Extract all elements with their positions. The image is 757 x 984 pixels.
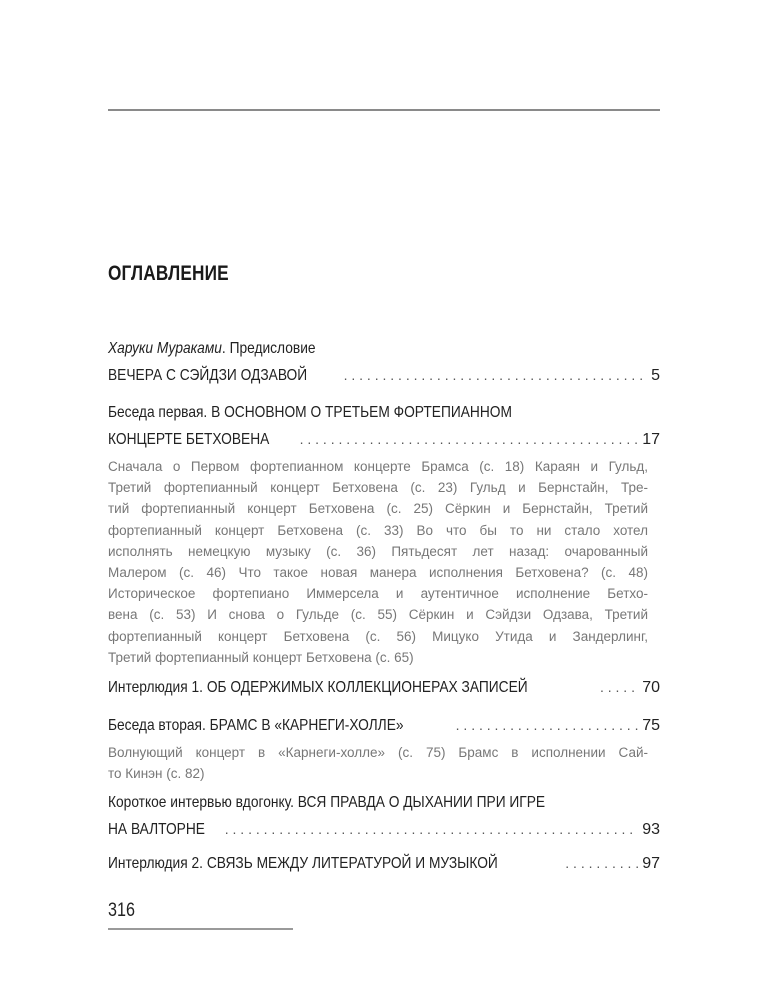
toc-entry-line: Короткое интервью вдогонку. ВСЯ ПРАВДА О… [108, 790, 660, 816]
toc-page-number: 17 [642, 427, 660, 453]
toc-entry-line: НА ВАЛТОРНЕ 93 [108, 816, 660, 842]
toc-entry-conversation-2[interactable]: Беседа вторая. БРАМС В «КАРНЕГИ-ХОЛЛЕ» 7… [108, 712, 660, 784]
toc-entry-title: ВСЯ ПРАВДА О ДЫХАНИИ ПРИ ИГРЕ [294, 794, 545, 811]
toc-leader-dots [600, 674, 638, 700]
toc-entry-title: Предисловие [230, 340, 316, 357]
toc-entry-short-interview[interactable]: Короткое интервью вдогонку. ВСЯ ПРАВДА О… [108, 790, 660, 842]
toc-entry-interlude-2[interactable]: Интерлюдия 2. СВЯЗЬ МЕЖДУ ЛИТЕРАТУРОЙ И … [108, 850, 660, 876]
toc-entry-line: Харуки Мураками. Предисловие [108, 336, 660, 362]
toc-entry-title: КОНЦЕРТЕ БЕТХОВЕНА [108, 427, 269, 453]
table-of-contents: Харуки Мураками. Предисловие ВЕЧЕРА С СЭ… [108, 336, 660, 876]
toc-page-number: 75 [642, 713, 660, 739]
toc-entry-title: . В ОСНОВНОМ О ТРЕТЬЕМ ФОРТЕПИАННОМ [203, 404, 512, 421]
toc-entry-interlude-1[interactable]: Интерлюдия 1. ОБ ОДЕРЖИМЫХ КОЛЛЕКЦИОНЕРА… [108, 674, 660, 700]
toc-leader-dots [300, 426, 639, 452]
toc-entry-description: Сначала о Первом фортепианном концерте Б… [108, 456, 648, 668]
footer-rule [108, 928, 293, 930]
toc-entry-line: Беседа вторая. БРАМС В «КАРНЕГИ-ХОЛЛЕ» 7… [108, 712, 660, 738]
toc-page-number: 5 [651, 363, 660, 389]
toc-entry-description: Волнующий концерт в «Карнеги-холле» (с. … [108, 742, 648, 784]
toc-entry-prefix: Короткое интервью вдогонку. [108, 794, 294, 811]
toc-entry-line: Интерлюдия 2. СВЯЗЬ МЕЖДУ ЛИТЕРАТУРОЙ И … [108, 850, 660, 876]
page-title: ОГЛАВЛЕНИЕ [108, 262, 229, 286]
toc-entry-title: . БРАМС В «КАРНЕГИ-ХОЛЛЕ» [202, 717, 404, 734]
toc-leader-dots [344, 362, 648, 388]
folio-page-number: 316 [108, 900, 135, 922]
toc-entry-conversation-1[interactable]: Беседа первая. В ОСНОВНОМ О ТРЕТЬЕМ ФОРТ… [108, 400, 660, 668]
toc-entry-preface[interactable]: Харуки Мураками. Предисловие ВЕЧЕРА С СЭ… [108, 336, 660, 388]
toc-entry-line: ВЕЧЕРА С СЭЙДЗИ ОДЗАВОЙ 5 [108, 362, 660, 388]
header-rule [108, 109, 660, 111]
toc-entry-line: Беседа первая. В ОСНОВНОМ О ТРЕТЬЕМ ФОРТ… [108, 400, 660, 426]
toc-entry-title: НА ВАЛТОРНЕ [108, 817, 205, 843]
toc-page-number: 97 [642, 851, 660, 877]
toc-entry-title: ВЕЧЕРА С СЭЙДЗИ ОДЗАВОЙ [108, 363, 307, 389]
toc-page-number: 93 [642, 817, 660, 843]
toc-entry-title: СВЯЗЬ МЕЖДУ ЛИТЕРАТУРОЙ И МУЗЫКОЙ [203, 855, 498, 872]
toc-entry-prefix: Беседа вторая [108, 717, 202, 734]
toc-entry-prefix: Интерлюдия 1. [108, 679, 203, 696]
toc-entry-line: Интерлюдия 1. ОБ ОДЕРЖИМЫХ КОЛЛЕКЦИОНЕРА… [108, 674, 660, 700]
toc-author: Харуки Мураками [108, 340, 222, 357]
toc-entry-prefix: Интерлюдия 2. [108, 855, 203, 872]
toc-entry-line: КОНЦЕРТЕ БЕТХОВЕНА 17 [108, 426, 660, 452]
toc-entry-title: ОБ ОДЕРЖИМЫХ КОЛЛЕКЦИОНЕРАХ ЗАПИСЕЙ [203, 679, 528, 696]
toc-page-number: 70 [642, 675, 660, 701]
toc-leader-dots [225, 816, 638, 842]
toc-leader-dots [565, 850, 638, 876]
toc-leader-dots [456, 712, 639, 738]
toc-entry-prefix: Беседа первая [108, 404, 203, 421]
